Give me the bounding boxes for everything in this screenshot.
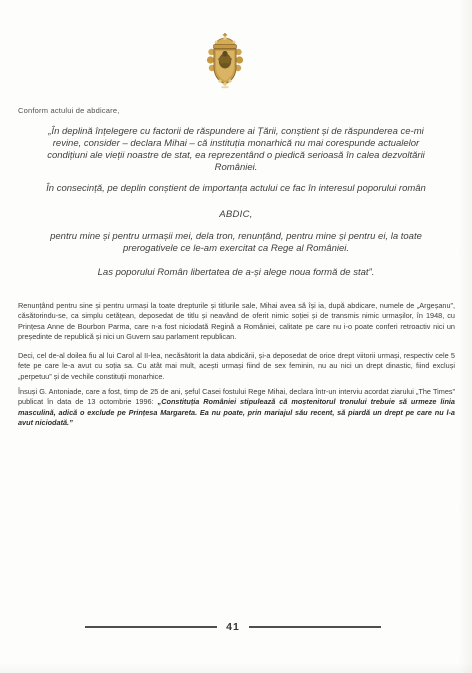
body-paragraph: Deci, cel de-al doilea fiu al lui Carol …	[18, 351, 455, 382]
quote-paragraph: În consecință, pe deplin conștient de im…	[38, 183, 434, 195]
commentary-block: Renunțând pentru sine și pentru urmași l…	[18, 301, 455, 428]
quote-abdic-word: ABDIC,	[38, 209, 434, 221]
body-paragraph: Renunțând pentru sine și pentru urmași l…	[18, 301, 455, 342]
body-paragraph: Însuși G. Antoniade, care a fost, timp d…	[18, 387, 455, 428]
royal-coat-of-arms-icon	[203, 33, 247, 89]
header-note: Conform actului de abdicare,	[18, 106, 120, 115]
scan-shadow-bottom	[0, 663, 472, 673]
quote-paragraph: Las poporului Român libertatea de a-și a…	[38, 267, 434, 279]
footer-rule-left	[85, 626, 217, 628]
scanned-document-page: Conform actului de abdicare, „În deplină…	[0, 0, 472, 673]
page-footer: 41	[0, 621, 466, 633]
scan-shadow-right	[458, 0, 472, 673]
quote-paragraph: „În deplină înțelegere cu factorii de ră…	[38, 126, 434, 174]
page-number: 41	[226, 621, 240, 633]
quote-paragraph: pentru mine și pentru urmașii mei, dela …	[38, 231, 434, 255]
abdication-quote-block: „În deplină înțelegere cu factorii de ră…	[38, 126, 434, 279]
footer-rule-right	[249, 626, 381, 628]
